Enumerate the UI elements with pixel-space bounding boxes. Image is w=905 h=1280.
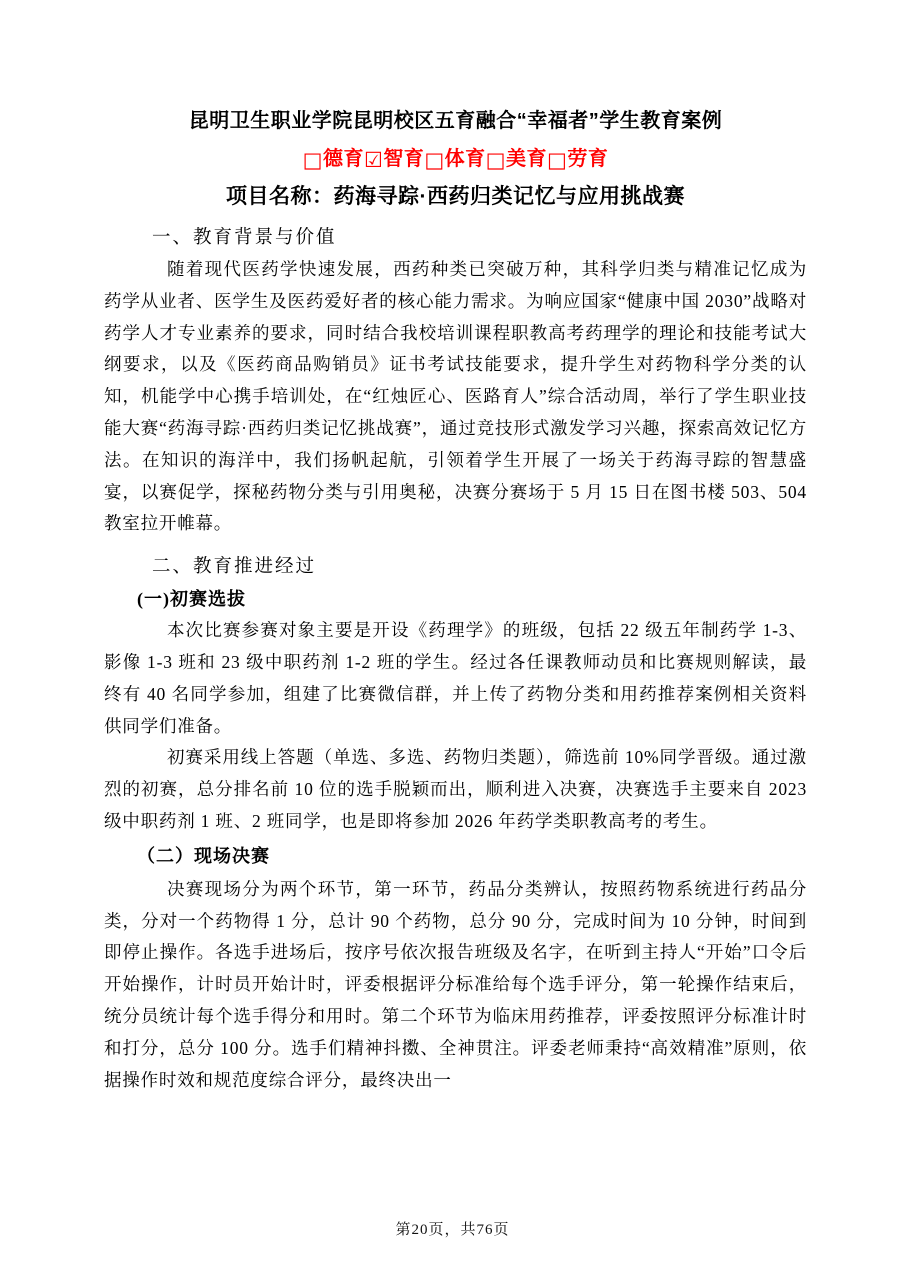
document-page: 昆明卫生职业学院昆明校区五育融合“幸福者”学生教育案例 □德育☑智育□体育□美育… <box>0 0 905 1280</box>
checkbox-label: 智育 <box>383 148 424 170</box>
subsection-heading-preliminary: (一)初赛选拔 <box>137 583 807 615</box>
checkbox-item-deyu: □德育 <box>303 148 364 170</box>
paragraph-preliminary-2: 初赛采用线上答题（单选、多选、药物归类题），筛选前 10%同学晋级。通过激烈的初… <box>104 742 807 837</box>
paragraph-background: 随着现代医药学快速发展，西药种类已突破万种，其科学归类与精准记忆成为药学从业者、… <box>104 254 807 540</box>
section-heading-background: 一、教育背景与价值 <box>152 223 807 254</box>
checkbox-unchecked-icon: □ <box>486 148 506 172</box>
checkbox-label: 劳育 <box>567 148 608 170</box>
section-heading-process: 二、教育推进经过 <box>152 552 807 583</box>
checkbox-item-tiyu: □体育 <box>424 148 485 170</box>
checkbox-unchecked-icon: □ <box>303 148 323 172</box>
checkbox-unchecked-icon: □ <box>424 148 444 172</box>
paragraph-final: 决赛现场分为两个环节，第一环节，药品分类辨认，按照药物系统进行药品分类，分对一个… <box>104 874 807 1097</box>
checkbox-item-laoyu: □劳育 <box>547 148 608 170</box>
checkbox-label: 美育 <box>506 148 547 170</box>
project-title: 项目名称：药海寻踪·西药归类记忆与应用挑战赛 <box>104 180 807 214</box>
page-footer: 第20页，共76页 <box>0 1218 905 1239</box>
checkbox-label: 德育 <box>323 148 364 170</box>
checkbox-item-meiyu: □美育 <box>486 148 547 170</box>
document-body: 昆明卫生职业学院昆明校区五育融合“幸福者”学生教育案例 □德育☑智育□体育□美育… <box>0 0 905 1096</box>
subsection-heading-final: （二）现场决赛 <box>137 838 807 874</box>
category-checkbox-line: □德育☑智育□体育□美育□劳育 <box>104 143 807 176</box>
checkbox-item-zhiyu: ☑智育 <box>364 148 424 170</box>
paragraph-preliminary-1: 本次比赛参赛对象主要是开设《药理学》的班级，包括 22 级五年制药学 1-3、影… <box>104 615 807 742</box>
document-title: 昆明卫生职业学院昆明校区五育融合“幸福者”学生教育案例 <box>104 106 807 136</box>
checkbox-checked-icon: ☑ <box>364 148 383 172</box>
checkbox-label: 体育 <box>445 148 486 170</box>
checkbox-unchecked-icon: □ <box>547 148 567 172</box>
